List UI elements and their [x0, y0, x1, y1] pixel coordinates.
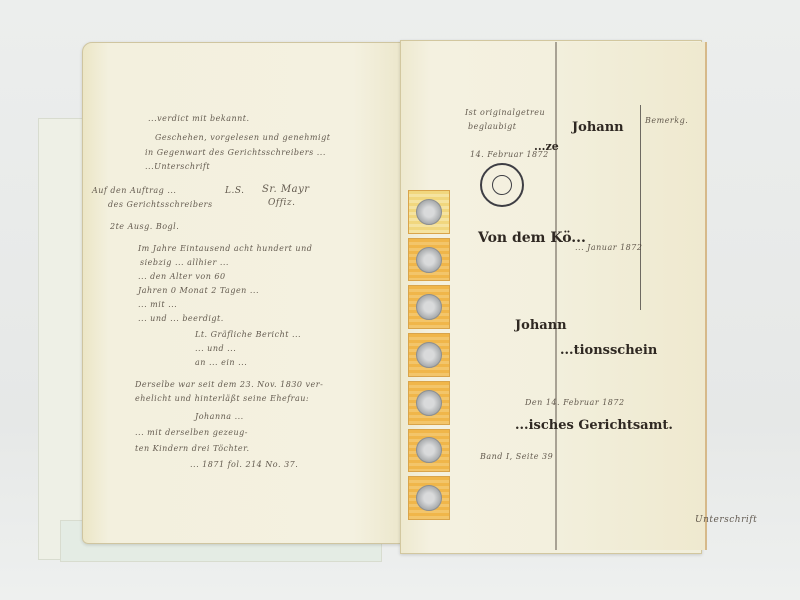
revenue-stamp — [408, 429, 450, 473]
revenue-stamp — [408, 476, 450, 520]
line: siebzig ... allhier ... — [140, 258, 229, 267]
from-heading: Von dem Kö... — [478, 230, 586, 246]
coat-of-arms-icon — [416, 247, 442, 273]
official-round-seal — [480, 163, 524, 207]
coat-of-arms-icon — [416, 294, 442, 320]
flap-label: Bemerkg. — [645, 116, 688, 125]
bottom-signature: Unterschrift — [695, 515, 757, 525]
line: Lt. Gräfliche Bericht ... — [195, 330, 301, 339]
line: Derselbe war seit dem 23. Nov. 1830 ver- — [135, 380, 323, 389]
revenue-stamp — [408, 333, 450, 377]
line: des Gerichtsschreibers — [108, 200, 213, 209]
line: ... und ... — [195, 344, 236, 353]
line: ...Unterschrift — [145, 162, 210, 171]
coat-of-arms-icon — [416, 485, 442, 511]
line: an ... ein ... — [195, 358, 247, 367]
revenue-stamp — [408, 285, 450, 329]
line: in Gegenwart des Gerichtsschreibers ... — [145, 148, 326, 157]
line: Im Jahre Eintausend acht hundert und — [138, 244, 312, 253]
line: ehelicht und hinterläßt seine Ehefrau: — [135, 394, 309, 403]
line: ten Kindern drei Töchter. — [135, 444, 250, 453]
coat-of-arms-icon — [416, 199, 442, 225]
coat-of-arms-icon — [416, 390, 442, 416]
name-fragment: ...ze — [534, 140, 559, 153]
revenue-stamp — [408, 238, 450, 282]
line: Auf den Auftrag ... — [92, 186, 176, 195]
line: ... und ... beerdigt. — [138, 314, 224, 323]
seal-initials: L.S. — [225, 186, 245, 196]
line: Geschehen, vorgelesen und genehmigt — [155, 133, 330, 142]
revenue-stamp-strip — [408, 190, 450, 520]
line: Jahren 0 Monat 2 Tagen ... — [138, 286, 259, 295]
line: ...verdict mit bekannt. — [148, 114, 250, 123]
revenue-stamp — [408, 381, 450, 425]
line: Johanna ... — [195, 412, 244, 421]
line: beglaubigt — [468, 122, 516, 131]
second-name: Johann — [515, 318, 567, 333]
document-title: ...tionsschein — [560, 343, 657, 358]
line: ... 1871 fol. 214 No. 37. — [190, 460, 298, 469]
line: 2te Ausg. Bogl. — [110, 222, 179, 231]
footer-line: Band I, Seite 39 — [480, 452, 553, 461]
signature: Sr. Mayr — [262, 184, 310, 195]
date-line-2: Den 14. Februar 1872 — [525, 398, 625, 407]
court-title: ...isches Gerichtsamt. — [515, 418, 673, 433]
line: ... mit ... — [138, 300, 177, 309]
signature-title: Offiz. — [268, 198, 296, 208]
ruled-line — [640, 105, 641, 310]
line: ... den Alter von 60 — [138, 272, 226, 281]
line: Ist originalgetreu — [465, 108, 545, 117]
name-heading: Johann — [572, 120, 624, 135]
coat-of-arms-icon — [416, 437, 442, 463]
revenue-stamp — [408, 190, 450, 234]
line: ... mit derselben gezeug- — [135, 428, 248, 437]
coat-of-arms-icon — [416, 342, 442, 368]
